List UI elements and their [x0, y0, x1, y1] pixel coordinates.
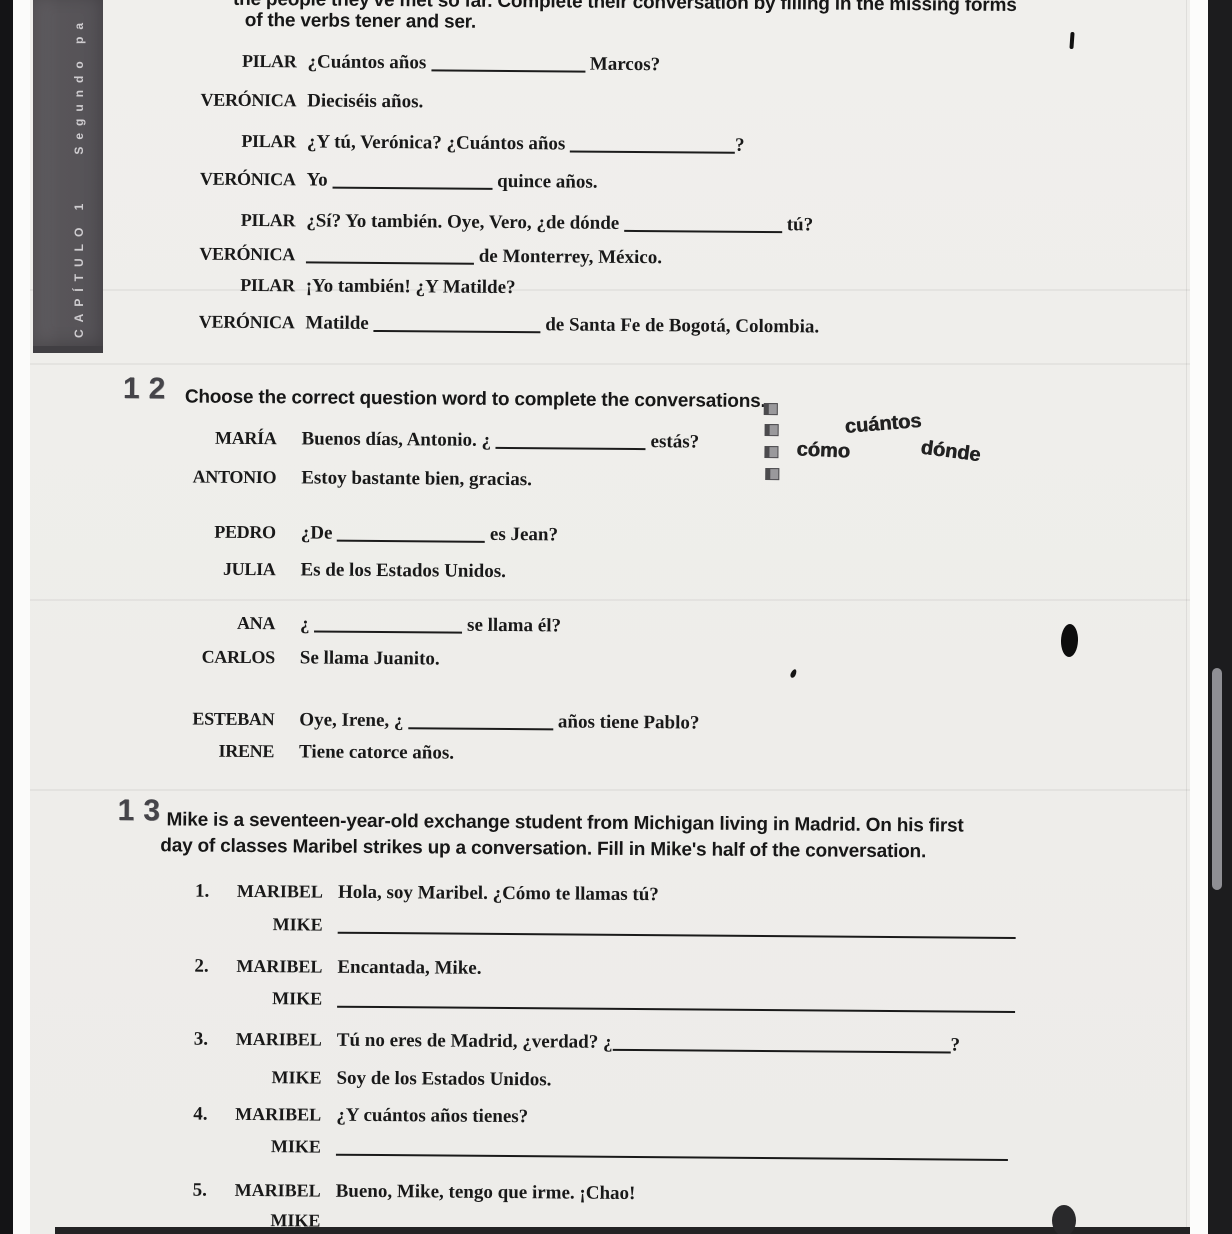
answer-blank-line [337, 990, 1015, 1013]
ex12-instruction: Choose the correct question word to comp… [185, 386, 766, 413]
fill-blank-line [624, 214, 782, 233]
dialogue-row: 1.MARIBELHola, soy Maribel. ¿Cómo te lla… [195, 879, 659, 908]
film-strip-square-icon [765, 468, 779, 480]
dialogue-text: es Jean? [490, 524, 558, 546]
dialogue-text: años tiene Pablo? [558, 711, 700, 733]
word-bank-item: cómo [796, 438, 850, 463]
speaker-label: MIKE [230, 986, 322, 1011]
dialogue-text: se llama él? [467, 615, 561, 637]
film-strip-square-icon [764, 403, 778, 415]
item-number: 5. [193, 1179, 229, 1203]
speaker-label: MARIBEL [229, 1102, 321, 1127]
speaker-label: MIKE [229, 1065, 321, 1090]
ex13-intro-line1: Mike is a seventeen-year-old exchange st… [166, 809, 963, 837]
dialogue-text: Encantada, Mike. [337, 957, 481, 979]
dialogue-text: Bueno, Mike, tengo que irme. ¡Chao! [336, 1181, 636, 1204]
word-bank-item: dónde [919, 437, 981, 468]
speaker-label: PILAR [149, 48, 296, 73]
dialogue-text: Soy de los Estados Unidos. [336, 1068, 551, 1091]
dialogue-text: de Santa Fe de Bogotá, Colombia. [545, 314, 819, 337]
fill-blank-line [373, 314, 540, 333]
dialogue-text: Buenos días, Antonio. ¿ [301, 428, 491, 450]
dialogue-text: de Monterrey, México. [479, 246, 662, 268]
item-number: 1. [195, 880, 231, 904]
speaker-label: VERÓNICA [148, 241, 295, 266]
dialogue-row: CARLOSSe llama Juanito. [145, 644, 440, 671]
dialogue-text: Tiene catorce años. [299, 741, 454, 763]
item-number: 4. [193, 1103, 229, 1127]
speaker-label: IRENE [144, 738, 274, 763]
ink-blob [1052, 1205, 1076, 1234]
speaker-label: PEDRO [146, 519, 276, 544]
page-content: the people they've met so far. Complete … [0, 0, 1232, 1234]
speaker-label: VERÓNICA [147, 309, 294, 334]
fill-blank-line [332, 171, 492, 190]
dialogue-text: Yo [307, 169, 328, 190]
dialogue-row: PILAR¿Y tú, Verónica? ¿Cuántos años ? [149, 128, 745, 158]
dialogue-row: 2.MARIBELEncantada, Mike. [194, 954, 481, 981]
fill-blank-line [306, 245, 474, 264]
fill-blank-line [612, 1033, 950, 1054]
film-strip-square-icon [764, 446, 778, 458]
dialogue-text: ¿De [301, 522, 333, 543]
dialogue-row: PEDRO¿De es Jean? [146, 519, 558, 547]
dialogue-text: ¿Y cuántos años tienes? [336, 1105, 528, 1128]
dialogue-text: Se llama Juanito. [300, 647, 440, 669]
dialogue-text: tú? [787, 214, 814, 235]
speaker-label: VERÓNICA [149, 87, 296, 112]
dialogue-row: IRENETiene catorce años. [144, 738, 454, 765]
dialogue-text: quince años. [497, 171, 597, 193]
speaker-label: MIKE [231, 912, 323, 937]
dialogue-text: Dieciséis años. [307, 90, 423, 112]
dialogue-row: ANTONIOEstoy bastante bien, gracias. [146, 464, 532, 492]
dialogue-text: Marcos? [590, 54, 661, 76]
speaker-label: ANA [145, 610, 275, 635]
dialogue-text: Matilde [305, 312, 368, 333]
dialogue-row: VERÓNICAMatilde de Santa Fe de Bogotá, C… [147, 309, 819, 339]
answer-blank-line [338, 916, 1016, 939]
dialogue-text: Es de los Estados Unidos. [300, 559, 506, 582]
dialogue-row: 4.MARIBEL¿Y cuántos años tienes? [193, 1102, 528, 1130]
speaker-label: MARIBEL [231, 879, 323, 904]
speaker-label: JULIA [145, 556, 275, 581]
speaker-label: PILAR [149, 128, 296, 153]
dialogue-row: VERÓNICAYo quince años. [148, 166, 597, 195]
exercise-number: 13 [117, 794, 169, 828]
dialogue-text: ¿Sí? Yo también. Oye, Vero, ¿de dónde [306, 210, 619, 233]
dialogue-text: ¿Y tú, Verónica? ¿Cuántos años [307, 131, 566, 154]
dialogue-text: ¡Yo también! ¿Y Matilde? [306, 275, 516, 298]
dialogue-row: 5.MARIBELBueno, Mike, tengo que irme. ¡C… [193, 1178, 636, 1206]
speaker-label: VERÓNICA [148, 166, 295, 191]
item-number: 3. [194, 1028, 230, 1052]
dialogue-text: Tú no eres de Madrid, ¿verdad? ¿ [337, 1030, 613, 1053]
speaker-label: PILAR [148, 272, 295, 297]
item-number: 2. [194, 955, 230, 979]
screenshot-root: { "colors": { "paper": "#efeeec", "side_… [0, 0, 1232, 1234]
film-strip-square-icon [765, 424, 779, 436]
dialogue-text: estás? [651, 431, 700, 452]
dialogue-text: ? [735, 135, 745, 156]
dialogue-row: 3.MARIBELTú no eres de Madrid, ¿verdad? … [194, 1027, 960, 1058]
dialogue-row: VERÓNICA de Monterrey, México. [148, 241, 662, 270]
speaker-label: CARLOS [145, 644, 275, 669]
dialogue-row: MIKESoy de los Estados Unidos. [193, 1065, 551, 1093]
exercise-number: 12 [123, 372, 175, 406]
fill-blank-line [314, 615, 462, 634]
answer-blank-line [336, 1138, 1008, 1161]
speaker-label: MARÍA [146, 425, 276, 450]
dialogue-row: ANA¿ se llama él? [145, 610, 561, 638]
speaker-label: MARIBEL [230, 954, 322, 979]
word-bank-item: cuántos [844, 410, 922, 439]
fill-blank-line [431, 53, 585, 72]
dialogue-row: MIKE [194, 986, 1015, 1017]
dialogue-text: Hola, soy Maribel. ¿Cómo te llamas tú? [338, 882, 659, 906]
speaker-label: PILAR [148, 207, 295, 232]
ex11-intro-line2: of the verbs tener and ser. [245, 10, 476, 34]
dialogue-row: MIKE [195, 912, 1016, 943]
dialogue-row: MARÍABuenos días, Antonio. ¿ estás? [146, 425, 699, 454]
page-bottom-scan-edge [55, 1227, 1190, 1234]
fill-blank-line [337, 524, 485, 543]
right-edge-bar [1208, 0, 1232, 1234]
ex13-intro-line2: day of classes Maribel strikes up a conv… [160, 835, 926, 863]
scrollbar-thumb[interactable] [1212, 668, 1222, 890]
dialogue-row: PILAR¿Cuántos años Marcos? [149, 48, 660, 77]
dialogue-row: PILAR¿Sí? Yo también. Oye, Vero, ¿de dón… [148, 207, 813, 237]
dialogue-row: JULIAEs de los Estados Unidos. [145, 556, 506, 584]
speaker-label: MARIBEL [229, 1178, 321, 1203]
fill-blank-line [570, 134, 735, 153]
dialogue-text: ? [950, 1035, 960, 1056]
speaker-label: MIKE [229, 1134, 321, 1159]
speaker-label: ANTONIO [146, 464, 276, 489]
speaker-label: MARIBEL [230, 1027, 322, 1052]
dialogue-text: ¿ [300, 613, 310, 634]
dialogue-text: ¿Cuántos años [307, 51, 426, 73]
speaker-label: ESTEBAN [144, 706, 274, 731]
dialogue-text: Estoy bastante bien, gracias. [301, 467, 532, 490]
fill-blank-line [408, 711, 553, 730]
dialogue-text: Oye, Irene, ¿ [299, 709, 403, 731]
dialogue-row: VERÓNICADieciséis años. [149, 87, 423, 114]
dialogue-row: ESTEBANOye, Irene, ¿ años tiene Pablo? [144, 706, 699, 735]
dialogue-row: PILAR¡Yo también! ¿Y Matilde? [148, 272, 516, 300]
dialogue-row: MIKE [193, 1134, 1008, 1165]
right-white-strip [1190, 0, 1208, 1234]
fill-blank-line [496, 431, 646, 450]
